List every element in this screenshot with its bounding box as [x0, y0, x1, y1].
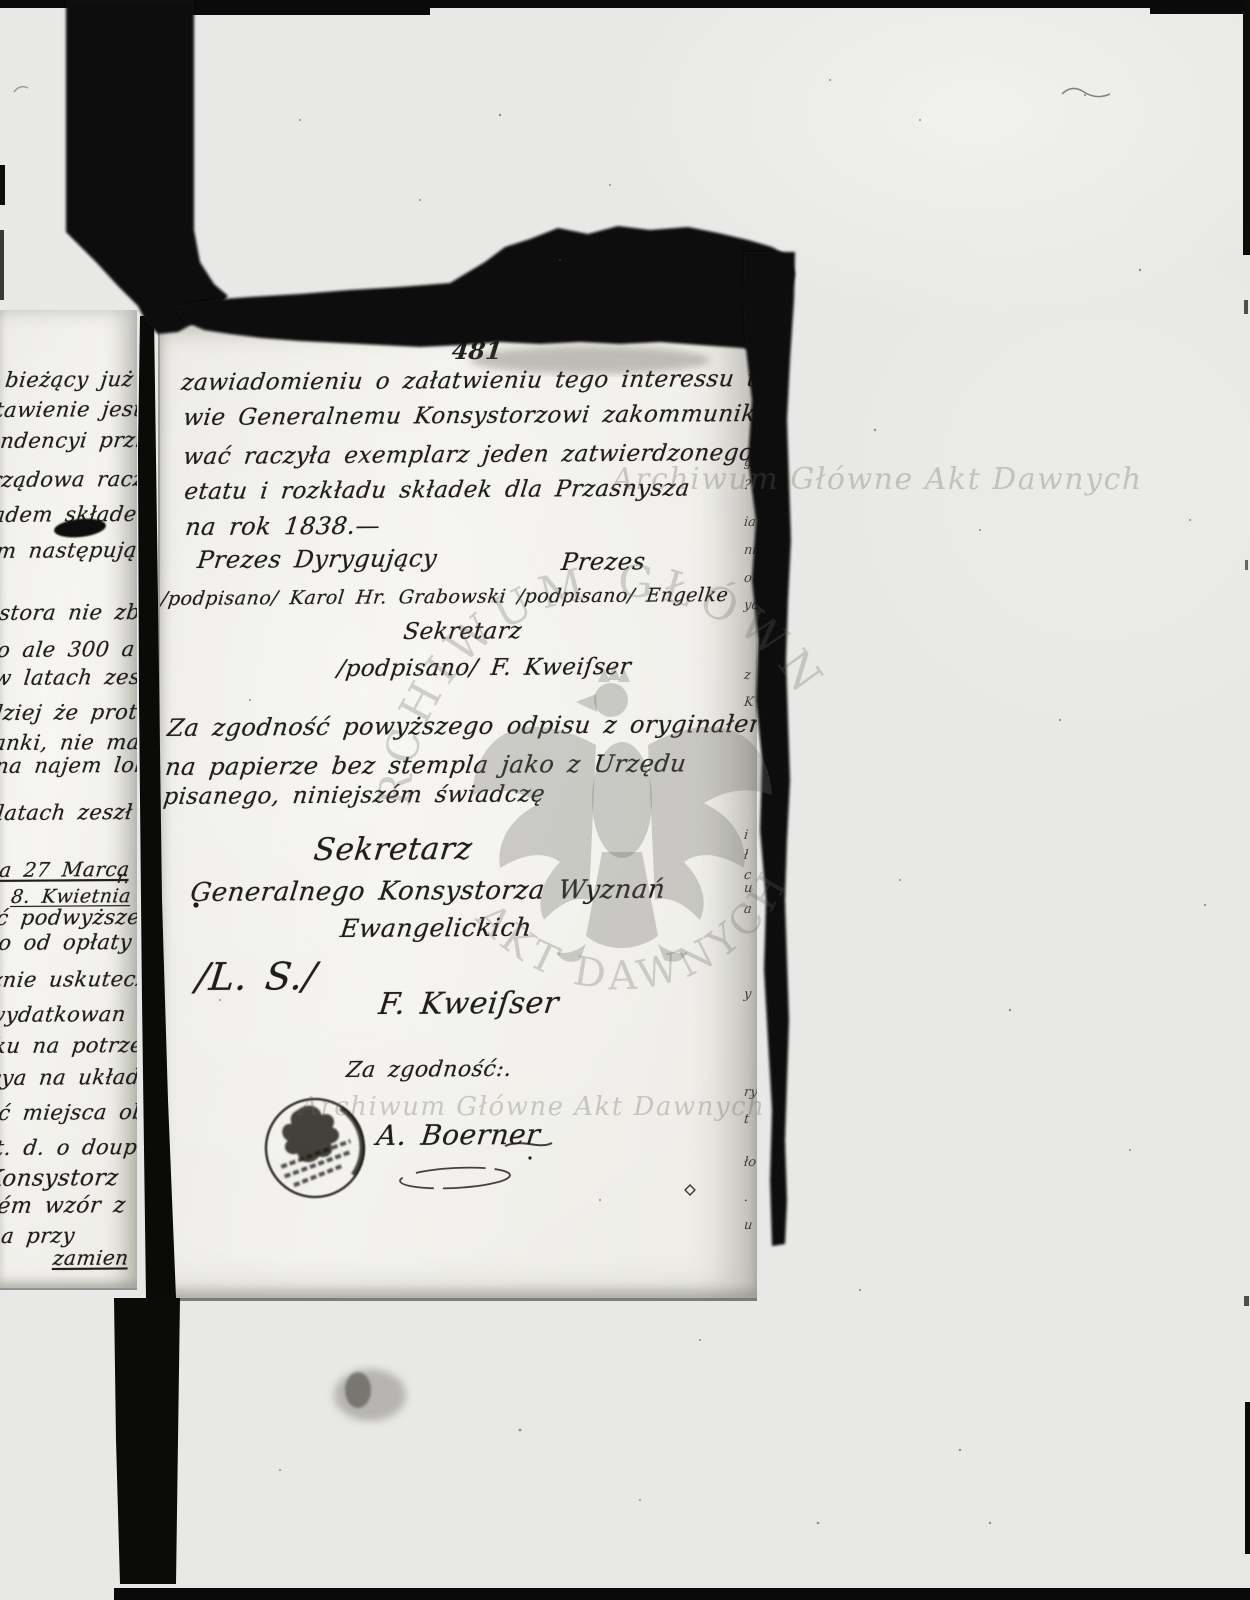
svg-text:ARCHIWUM GŁÓWNE: ARCHIWUM GŁÓWNE [0, 0, 836, 809]
archival-scan: bieżący już utawienie jestondencyi przit… [0, 0, 1250, 1600]
watermark-layer: Archiwum Główne Akt Dawnych Archiwum Głó… [0, 0, 1250, 1600]
watermark-seal: ARCHIWUM GŁÓWNE • AKT DAWNYCH [0, 0, 1250, 1600]
